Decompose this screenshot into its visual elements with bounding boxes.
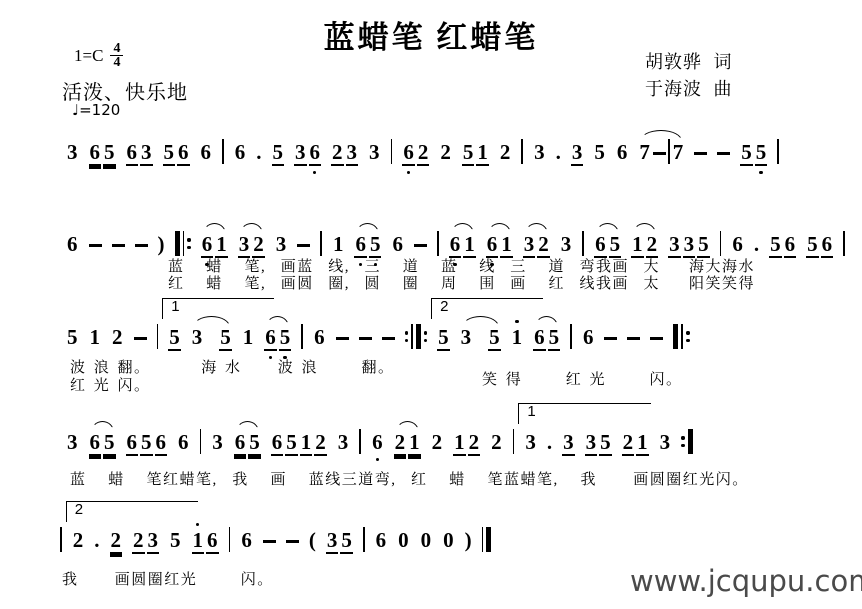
song-title: 蓝蜡笔 红蜡笔 (324, 12, 539, 57)
note: 3 (668, 232, 681, 256)
note: 2 (111, 325, 124, 349)
note: 6 (582, 325, 595, 349)
beam-group: 56 (163, 140, 190, 164)
low-octave-dot (313, 171, 316, 174)
note: 2 (431, 430, 444, 454)
note: 1 (215, 232, 228, 256)
music-line-2: 6)613231656616132365123356.5656 (66, 226, 845, 256)
score-text: . (547, 430, 552, 454)
watermark: www.jcqupu.com (630, 564, 862, 598)
bar (200, 429, 202, 454)
note: 6 (234, 140, 247, 164)
note: 6 (313, 325, 326, 349)
slur-group: 61 (201, 232, 228, 256)
note: 2 (331, 140, 344, 164)
beam-group: 6512 (271, 430, 327, 454)
note: 5 (755, 140, 768, 164)
note: 5 (806, 232, 819, 256)
beam-group: 36 (294, 140, 321, 164)
bar (570, 324, 572, 349)
duration-dash (694, 152, 707, 155)
note: 7 (672, 140, 685, 164)
bar (482, 527, 484, 552)
note: 5 (279, 325, 292, 349)
barline (437, 231, 439, 256)
note: 2 (499, 140, 512, 164)
note: 2 (252, 232, 265, 256)
beam-group: 335 (668, 232, 710, 256)
bar (521, 139, 523, 164)
note: 0 (397, 528, 410, 552)
note: 6 (271, 430, 284, 454)
lyrics-line5: 我 画圆圈红光 闪。 (62, 568, 274, 589)
note: 3 (191, 325, 204, 349)
note: 1 (453, 430, 466, 454)
note: 5 (66, 325, 79, 349)
note: 6 (731, 232, 744, 256)
notes-row: 6)613231656616132365123356.5656 (66, 226, 845, 256)
beam-group: 35 (585, 430, 612, 454)
note: 5 (769, 232, 782, 256)
note: 6 (616, 140, 629, 164)
note: 1 (636, 430, 649, 454)
lyrics-line4: 蓝 蜡 笔红蜡笔, 我 画 蓝线三道弯, 红 蜡 笔蓝蜡笔, 我 画圆圈红光闪。 (70, 468, 749, 489)
note: 3 (585, 430, 598, 454)
note: 3 (524, 430, 537, 454)
note: 3 (140, 140, 153, 164)
repeat-dots (686, 324, 689, 349)
note: 2 (110, 528, 123, 552)
note: 5 (599, 430, 612, 454)
barline (222, 139, 224, 164)
note: 5 (340, 528, 353, 552)
note: 6 (66, 232, 79, 256)
bar (681, 324, 683, 349)
score-text: ) (465, 528, 472, 552)
composer-credit: 于海波 曲 (645, 75, 733, 101)
dot (681, 436, 684, 439)
note: 6 (201, 232, 214, 256)
meter-denominator: 4 (110, 56, 123, 69)
dot (424, 331, 427, 334)
dot (187, 238, 190, 241)
note: 5 (272, 140, 285, 164)
repeat-dots (405, 324, 408, 349)
score-text: . (754, 232, 759, 256)
score-text: ( (309, 528, 316, 552)
note: 3 (683, 232, 696, 256)
volta-bracket-2: 2.223516 (72, 528, 219, 552)
note: 6 (200, 140, 213, 164)
barline (200, 429, 202, 454)
note: 6 (177, 430, 190, 454)
slur-group: 32 (523, 232, 550, 256)
music-line-4: 36565663656512362121223.335213 (66, 424, 693, 454)
note: 1 (476, 140, 489, 164)
note: 1 (89, 325, 102, 349)
slur-group: 65 (594, 232, 621, 256)
note: 5 (548, 325, 561, 349)
slur-group: 65 (264, 325, 291, 349)
note: 3 (275, 232, 288, 256)
note: 6 (126, 140, 139, 164)
note: 6 (449, 232, 462, 256)
beam-group: 21 (622, 430, 649, 454)
note: 2 (314, 430, 327, 454)
note: 6 (309, 140, 322, 164)
note: 1 (631, 232, 644, 256)
note: 6 (126, 430, 139, 454)
note: 3 (66, 140, 79, 164)
note: 6 (784, 232, 797, 256)
note: 5 (593, 140, 606, 164)
note: 6 (264, 325, 277, 349)
barline (668, 139, 670, 164)
duration-dash (134, 337, 147, 340)
note: 5 (248, 430, 261, 454)
high-octave-dot (196, 523, 199, 526)
duration-dash (263, 540, 276, 543)
duration-dash (135, 244, 148, 247)
note: 3 (238, 232, 251, 256)
music-line-1: 365635666.5362336225123.3567755 (66, 134, 779, 164)
notes-row: 51253516565351656 (66, 319, 690, 349)
note: 1 (332, 232, 345, 256)
bar (222, 139, 224, 164)
note: 6 (89, 430, 102, 454)
note: 5 (219, 325, 232, 349)
barline (843, 231, 845, 256)
beam-group: 56 (769, 232, 796, 256)
beam-group: 23 (331, 140, 358, 164)
barline (157, 324, 159, 349)
bar (673, 324, 678, 349)
score-text: . (256, 140, 261, 164)
note: 2 (537, 232, 550, 256)
bar (582, 231, 584, 256)
score-text: ) (158, 232, 165, 256)
note: 7 (638, 140, 651, 164)
repeat-dots (187, 231, 190, 256)
slur-group: 61 (449, 232, 476, 256)
notes-row: 2.2235166(356000) (60, 522, 491, 552)
note: 1 (192, 528, 205, 552)
duration-dash (89, 244, 102, 247)
note: 6 (206, 528, 219, 552)
duration-dash (653, 152, 666, 155)
note: 5 (140, 430, 153, 454)
note: 2 (490, 430, 503, 454)
dot (686, 339, 689, 342)
note: 5 (285, 430, 298, 454)
lyrics-verse2-line3: 红 光 闪。 (70, 374, 151, 395)
note: 0 (420, 528, 433, 552)
note: 5 (437, 325, 450, 349)
note: 5 (609, 232, 622, 256)
barline (681, 429, 692, 454)
beam-group: 656 (126, 430, 168, 454)
bar (843, 231, 845, 256)
volta-bracket-1: 3.335213 (524, 430, 671, 454)
note: 3 (523, 232, 536, 256)
note: 6 (402, 140, 415, 164)
lyricist-credit: 胡敦骅 词 (645, 48, 733, 74)
note: 5 (103, 140, 116, 164)
slur-group: 32 (238, 232, 265, 256)
note: 1 (300, 430, 313, 454)
slur-group: 77 (638, 139, 684, 164)
note: 3 (533, 140, 546, 164)
note: 6 (371, 430, 384, 454)
note: 3 (560, 232, 573, 256)
time-signature: 44 (110, 42, 123, 69)
barline (582, 231, 584, 256)
tempo-value: =120 (79, 101, 120, 119)
duration-dash (604, 337, 617, 340)
note: 1 (242, 325, 255, 349)
note: 2 (417, 140, 430, 164)
bar (359, 429, 361, 454)
slur-group: 65 (354, 232, 381, 256)
note: 2 (468, 430, 481, 454)
barline (405, 324, 428, 349)
note: 3 (659, 430, 672, 454)
barline (320, 231, 322, 256)
note: 6 (821, 232, 834, 256)
duration-dash (336, 337, 349, 340)
bar (668, 139, 670, 164)
bar (486, 527, 491, 552)
note: 5 (168, 325, 181, 349)
volta-bracket-2: 535165 (437, 325, 560, 349)
beam-group: 16 (192, 528, 219, 552)
note: 3 (326, 528, 339, 552)
beam-group: 63 (126, 140, 153, 164)
barline (570, 324, 572, 349)
bar (363, 527, 365, 552)
barline (521, 139, 523, 164)
note: 3 (66, 430, 79, 454)
slur-group: 35 (191, 325, 232, 349)
note: 2 (622, 430, 635, 454)
barline (673, 324, 689, 349)
beam-group: 51 (462, 140, 489, 164)
repeat-dots (681, 429, 684, 454)
beam-group: 65 (89, 140, 116, 164)
note: 3 (346, 140, 359, 164)
barline (777, 139, 779, 164)
bar (437, 231, 439, 256)
low-octave-dot (407, 171, 410, 174)
beam-group: 23 (132, 528, 159, 552)
note: 3 (460, 325, 473, 349)
notes-row: 36565663656512362121223.335213 (66, 424, 693, 454)
barline (513, 429, 515, 454)
key-signature: 1=C 44 (74, 42, 123, 69)
note: 6 (375, 528, 388, 552)
note: 6 (234, 430, 247, 454)
note: 2 (439, 140, 452, 164)
beam-group: 56 (806, 232, 833, 256)
slur-group: 65 (89, 430, 116, 454)
barline (60, 527, 62, 552)
bar (175, 231, 180, 256)
bar (320, 231, 322, 256)
barline (229, 527, 231, 552)
dot (424, 339, 427, 342)
note: 3 (211, 430, 224, 454)
slur-group: 12 (631, 232, 658, 256)
note: 2 (394, 430, 407, 454)
duration-dash (297, 244, 310, 247)
bar (301, 324, 303, 349)
dot (405, 339, 408, 342)
barline (482, 527, 492, 552)
note: 5 (488, 325, 501, 349)
lyrics-verse2-line3-volta2: 笑 得 红 光 闪。 (482, 368, 683, 389)
duration-dash (286, 540, 299, 543)
lyrics-verse2-line2: 红 蜡 笔, 画圆 圈, 圆 圈 周 围 画 红 线我画 太 阳笑笑得 (168, 272, 755, 293)
note: 1 (500, 232, 513, 256)
tempo-marking: ♩=120 (72, 101, 120, 119)
note: 5 (697, 232, 710, 256)
note: 3 (147, 528, 160, 552)
note: 3 (562, 430, 575, 454)
slur-group: 35 (460, 325, 501, 349)
note: 6 (533, 325, 546, 349)
note: 6 (391, 232, 404, 256)
music-line-5: 2.2235166(356000) (60, 522, 491, 552)
barline (175, 231, 191, 256)
duration-dash (112, 244, 125, 247)
note: 1 (408, 430, 421, 454)
note: 0 (442, 528, 455, 552)
notes-row: 365635666.5362336225123.3567755 (66, 134, 779, 164)
barline (720, 231, 722, 256)
repeat-dots (424, 324, 427, 349)
duration-dash (627, 337, 640, 340)
beam-group: 12 (453, 430, 480, 454)
note: 5 (103, 430, 116, 454)
bar (688, 429, 693, 454)
score-text: . (556, 140, 561, 164)
note: 2 (646, 232, 659, 256)
beam-group: 35 (326, 528, 353, 552)
note: 6 (177, 140, 190, 164)
bar (60, 527, 62, 552)
note: 6 (486, 232, 499, 256)
bar (513, 429, 515, 454)
note: 6 (354, 232, 367, 256)
key-label: 1=C (74, 46, 103, 66)
note: 3 (368, 140, 381, 164)
high-octave-dot (515, 320, 518, 323)
volta-bracket-1: 535165 (168, 325, 291, 349)
note: 3 (571, 140, 584, 164)
note: 2 (132, 528, 145, 552)
duration-dash (382, 337, 395, 340)
slur-group: 65 (234, 430, 261, 454)
bar (229, 527, 231, 552)
duration-dash (359, 337, 372, 340)
note: 1 (511, 325, 524, 349)
score-text: . (94, 528, 99, 552)
slur-group: 61 (486, 232, 513, 256)
note: 6 (594, 232, 607, 256)
slur-group: 65 (533, 325, 560, 349)
bar (720, 231, 722, 256)
barline (363, 527, 365, 552)
note: 6 (240, 528, 253, 552)
meter-numerator: 4 (110, 42, 123, 56)
dot (187, 246, 190, 249)
bar (391, 139, 393, 164)
note: 5 (169, 528, 182, 552)
duration-dash (650, 337, 663, 340)
barline (359, 429, 361, 454)
note: 3 (294, 140, 307, 164)
note: 6 (89, 140, 102, 164)
low-octave-dot (376, 458, 379, 461)
beam-group: 55 (740, 140, 767, 164)
note: 5 (163, 140, 176, 164)
beam-group: 62 (402, 140, 429, 164)
bar (411, 324, 413, 349)
note: 5 (740, 140, 753, 164)
bar (777, 139, 779, 164)
note: 3 (337, 430, 350, 454)
bar (157, 324, 159, 349)
low-octave-dot (759, 171, 762, 174)
note: 6 (155, 430, 168, 454)
duration-dash (414, 244, 427, 247)
duration-dash (717, 152, 730, 155)
dot (405, 331, 408, 334)
note: 1 (463, 232, 476, 256)
note: 2 (72, 528, 85, 552)
dot (686, 331, 689, 334)
barline (391, 139, 393, 164)
bar (183, 231, 185, 256)
sheet-music-page: 1=C 44 蓝蜡笔 红蜡笔 活泼、快乐地 ♩=120 胡敦骅 词 于海波 曲 … (0, 0, 862, 609)
bar (416, 324, 421, 349)
note: 5 (462, 140, 475, 164)
slur-group: 21 (394, 430, 421, 454)
music-line-3: 51253516565351656 (66, 319, 690, 349)
dot (681, 444, 684, 447)
note: 5 (369, 232, 382, 256)
barline (301, 324, 303, 349)
